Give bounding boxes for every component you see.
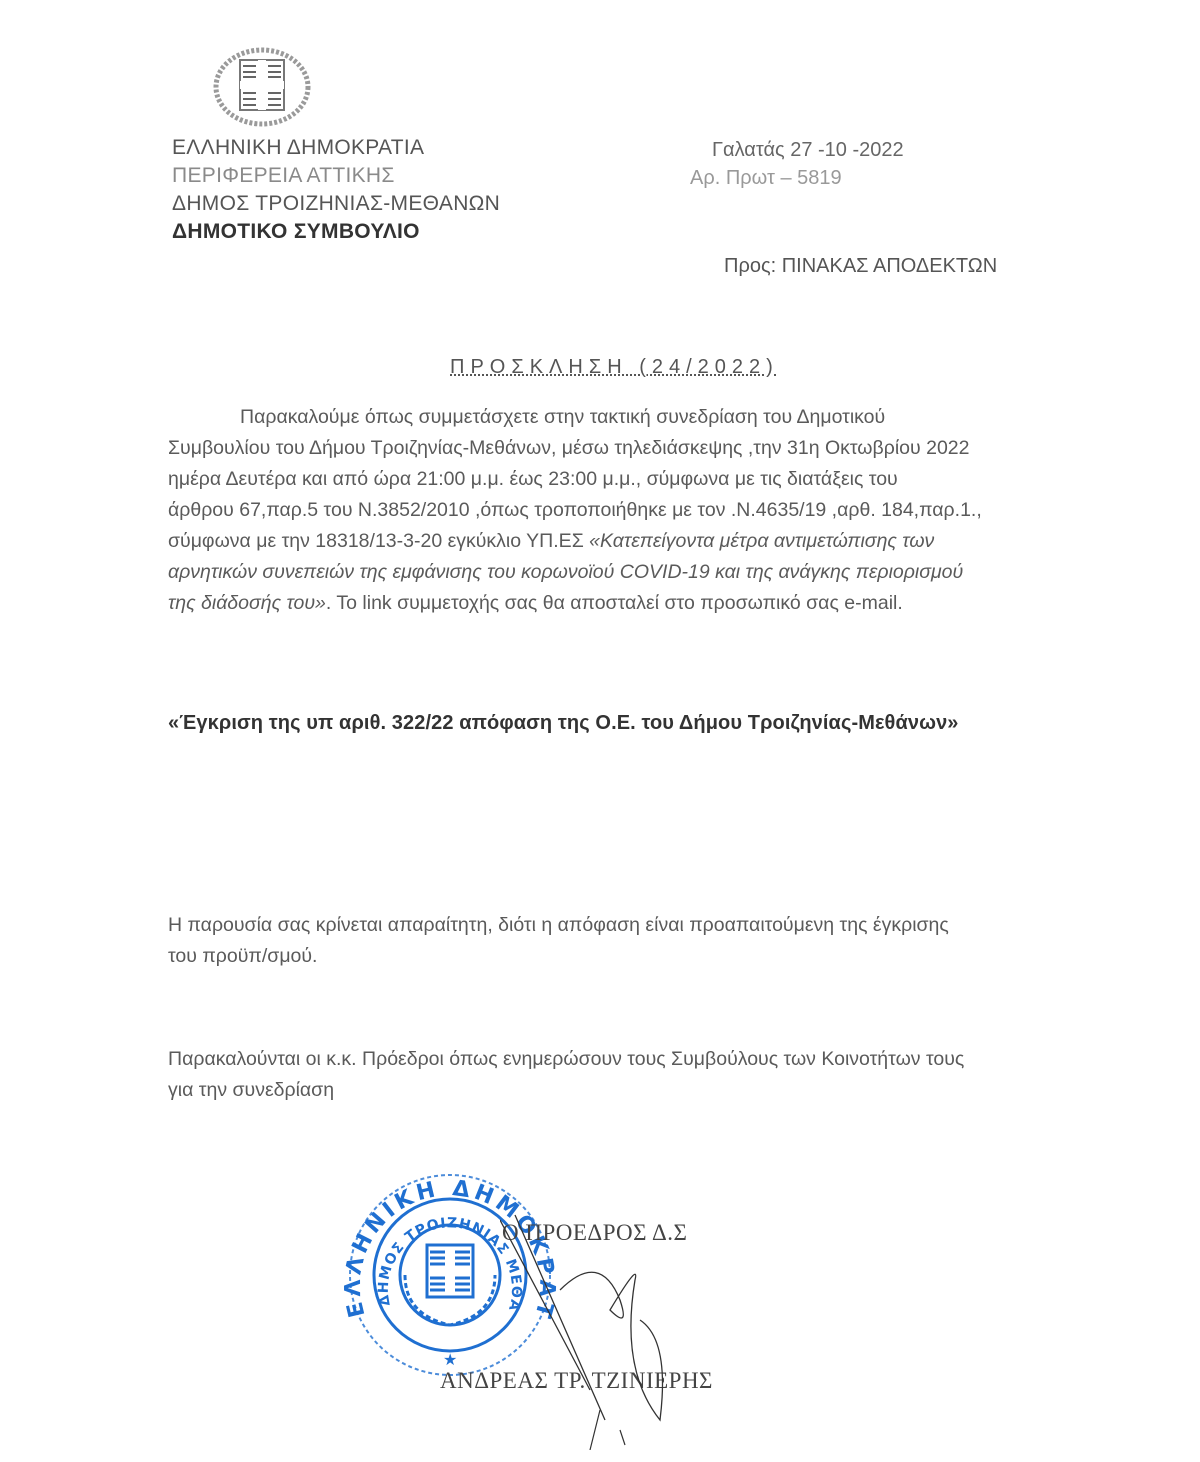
paragraph-line: ημέρα Δευτέρα και από ώρα 21:00 μ.μ. έως…: [168, 464, 1018, 495]
note-line: για την συνεδρίαση: [168, 1075, 1028, 1106]
municipality-line: ΔΗΜΟΣ ΤΡΟΙΖΗΝΙΑΣ-ΜΕΘΑΝΩΝ: [172, 190, 500, 218]
paragraph-line: Παρακαλούμε όπως συμμετάσχετε στην τακτι…: [168, 402, 1018, 433]
country-line: ΕΛΛΗΝΙΚΗ ΔΗΜΟΚΡΑΤΙΑ: [172, 134, 500, 162]
note-line: του προϋπ/σμού.: [168, 941, 1028, 972]
note-line: Η παρουσία σας κρίνεται απαραίτητη, διότ…: [168, 910, 1028, 941]
note-line: Παρακαλούνται οι κ.κ. Πρόεδροι όπως ενημ…: [168, 1044, 1028, 1075]
handwritten-signature-icon: [500, 1190, 700, 1450]
svg-text:★: ★: [443, 1352, 457, 1369]
paragraph-line: της διάδοσής του». Το link συμμετοχής σα…: [168, 588, 1018, 619]
invitation-paragraph: Παρακαλούμε όπως συμμετάσχετε στην τακτι…: [168, 402, 1018, 619]
circular-title: «Κατεπείγοντα μέτρα αντιμετώπισης των: [589, 530, 934, 552]
recipients: Προς: ΠΙΝΑΚΑΣ ΑΠΟΔΕΚΤΩΝ: [724, 255, 997, 278]
attendance-note: Η παρουσία σας κρίνεται απαραίτητη, διότ…: [168, 910, 1028, 972]
paragraph-line: άρθρου 67,παρ.5 του Ν.3852/2010 ,όπως τρ…: [168, 495, 1018, 526]
presidents-note: Παρακαλούνται οι κ.κ. Πρόεδροι όπως ενημ…: [168, 1044, 1028, 1106]
protocol-number: Αρ. Πρωτ – 5819: [690, 167, 842, 190]
paragraph-line: αρνητικών συνεπειών της εμφάνισης του κο…: [168, 557, 1018, 588]
place-date: Γαλατάς 27 -10 -2022: [712, 139, 904, 162]
invitation-title: ΠΡΟΣΚΛΗΣΗ (24/2022): [450, 356, 779, 379]
circular-title-end: της διάδοσής του»: [168, 592, 326, 614]
region-line: ΠΕΡΙΦΕΡΕΙΑ ΑΤΤΙΚΗΣ: [172, 162, 500, 190]
council-line: ΔΗΜΟΤΙΚΟ ΣΥΜΒΟΥΛΙΟ: [172, 218, 500, 246]
circular-reference: σύμφωνα με την 18318/13-3-20 εγκύκλιο ΥΠ…: [168, 530, 589, 552]
link-notice: . Το link συμμετοχής σας θα αποσταλεί στ…: [326, 592, 903, 614]
issuer-block: ΕΛΛΗΝΙΚΗ ΔΗΜΟΚΡΑΤΙΑ ΠΕΡΙΦΕΡΕΙΑ ΑΤΤΙΚΗΣ Δ…: [172, 134, 500, 246]
greek-coat-of-arms-icon: [212, 46, 312, 128]
paragraph-line: σύμφωνα με την 18318/13-3-20 εγκύκλιο ΥΠ…: [168, 526, 1018, 557]
paragraph-line: Συμβουλίου του Δήμου Τροιζηνίας-Μεθάνων,…: [168, 433, 1018, 464]
agenda-item: «Έγκριση της υπ αριθ. 322/22 απόφαση της…: [168, 712, 959, 735]
